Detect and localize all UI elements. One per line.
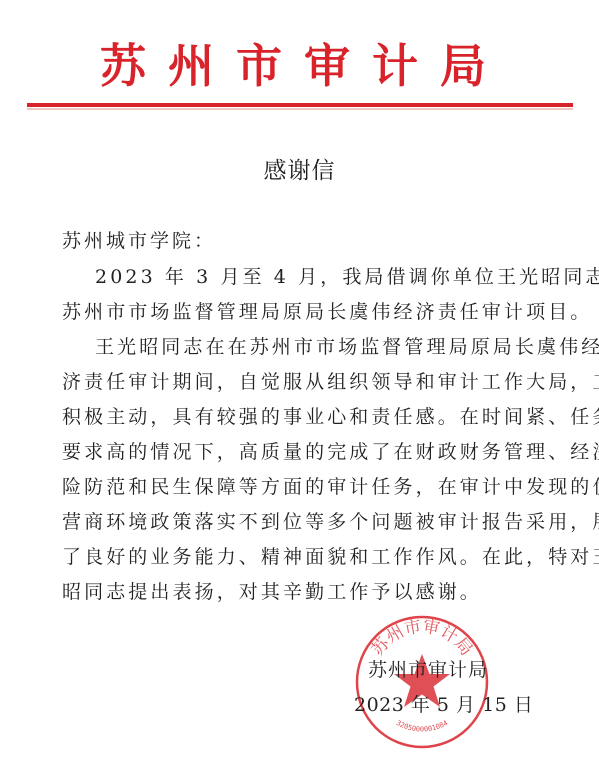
letterhead-char: 计 [370,36,420,96]
letter-body: 2023 年 3 月至 4 月，我局借调你单位王光昭同志参加了 苏州市市场监督管… [62,260,532,610]
letterhead-organization-name: 苏 州 市 审 计 局 [98,36,488,96]
body-line: 昭同志提出表扬，对其辛勤工作予以感谢。 [62,575,532,610]
body-line: 了良好的业务能力、精神面貌和工作作风。在此，特对王光 [62,540,532,575]
letterhead-char: 市 [234,36,284,96]
body-line: 积极主动，具有较强的事业心和责任感。在时间紧、任务重、 [62,400,532,435]
signature-date: 2023 年 5 月 15 日 [354,692,533,718]
letterhead-divider [27,103,573,107]
seal-ring-text: 苏州市审计局 [368,617,476,660]
letterhead-divider-shadow [27,108,573,110]
salutation: 苏州城市学院： [62,229,216,253]
body-line: 济责任审计期间，自觉服从组织领导和审计工作大局，工作 [62,365,532,400]
seal-serial-number: 3205000001084 [395,719,449,734]
body-line: 苏州市市场监督管理局原局长虞伟经济责任审计项目。 [62,295,532,330]
letterhead-char: 审 [302,36,352,96]
signature-organization: 苏州市审计局 [368,657,488,683]
body-line: 要求高的情况下，高质量的完成了在财政财务管理、经济风 [62,435,532,470]
letterhead-char: 苏 [98,36,148,96]
body-line: 王光昭同志在在苏州市市场监督管理局原局长虞伟经 [62,330,532,365]
letterhead-char: 州 [166,36,216,96]
body-line: 2023 年 3 月至 4 月，我局借调你单位王光昭同志参加了 [62,260,532,295]
body-line: 险防范和民生保障等方面的审计任务，在审计中发现的优化 [62,470,532,505]
body-line: 营商环境政策落实不到位等多个问题被审计报告采用，展现 [62,505,532,540]
document-title: 感谢信 [0,155,599,187]
letterhead-char: 局 [438,36,488,96]
